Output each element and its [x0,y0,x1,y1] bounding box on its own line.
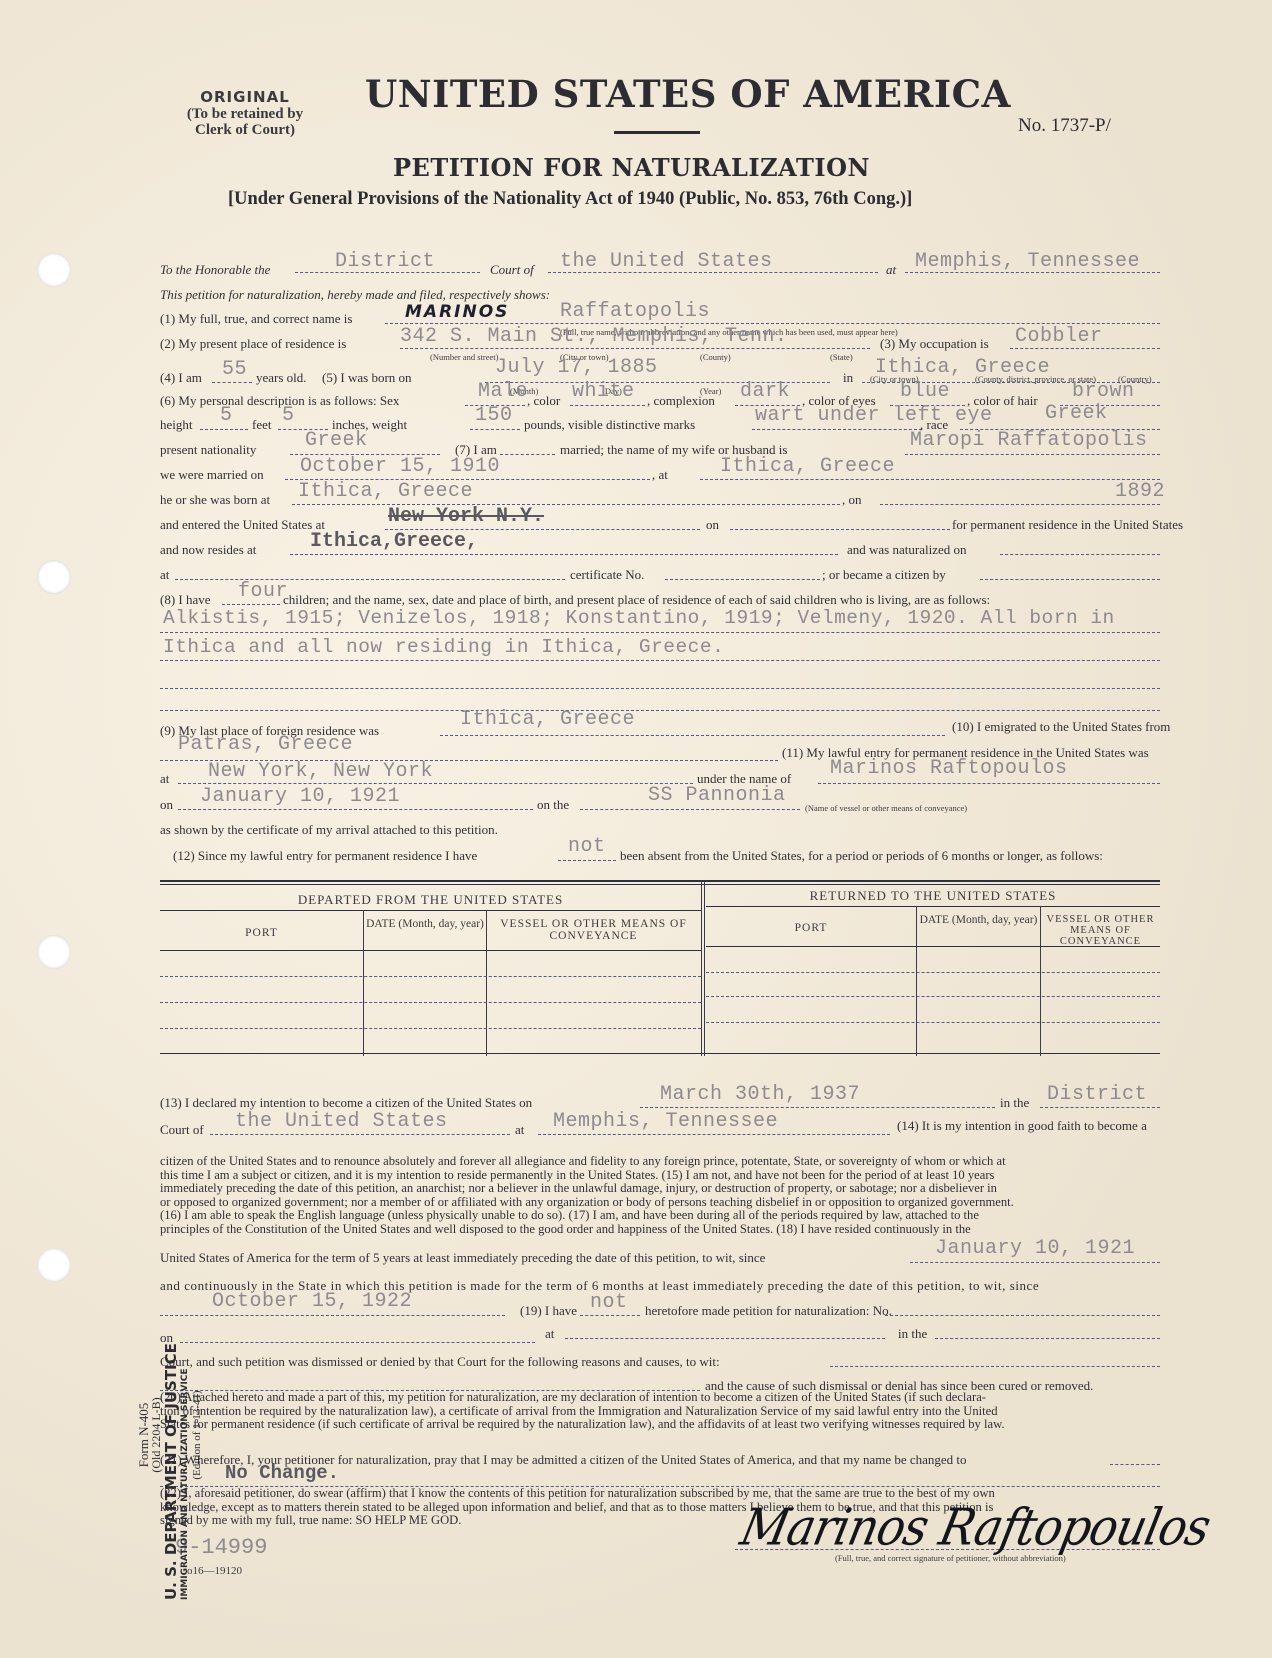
entered-suffix: for permanent residence in the United St… [952,517,1183,533]
q14-start: (14) It is my intention in good faith to… [897,1118,1147,1134]
nationality-label: present nationality [160,442,256,458]
eyes-field[interactable]: blue [900,380,950,403]
petitioner-signature: Marinos Raftopoulos [736,1497,1216,1556]
marriage-place-field[interactable]: Ithica, Greece [720,455,895,478]
spouse-on-label: , on [842,492,862,508]
last-foreign-residence-field[interactable]: Ithica, Greece [460,708,635,731]
resided-us-since-field[interactable]: January 10, 1921 [935,1237,1135,1260]
q12-text: been absent from the United States, for … [620,848,1103,864]
spouse-born-label: he or she was born at [160,492,270,508]
residence-field[interactable]: 342 S. Main St., Memphis, Tenn. [400,325,788,348]
height-inches-field[interactable]: 5 [282,404,295,427]
marriage-date-field[interactable]: October 15, 1910 [300,455,500,478]
retained-note: (To be retained by [160,106,330,122]
on-the-label: on the [537,797,569,813]
vessel-field[interactable]: SS Pannonia [648,784,786,807]
children-line-1[interactable]: Alkistis, 1915; Venizelos, 1918; Konstan… [163,607,1115,629]
service-name: IMMIGRATION AND NATURALIZATION SERVICE [180,1270,191,1600]
marks-field[interactable]: wart under left eye [755,404,993,427]
q19-text: heretofore made petition for naturalizat… [645,1303,892,1319]
declared-court-type-field[interactable]: District [1047,1083,1147,1106]
q2-label: (2) My present place of residence is [160,336,346,352]
full-name-first-field[interactable]: MARINOS [405,302,509,322]
punch-hole [37,560,71,594]
paragraph-line: tion of intention be required by the nat… [160,1405,1005,1419]
entry-date-field[interactable]: January 10, 1921 [200,785,400,808]
hair-field[interactable]: brown [1072,380,1135,403]
document-title: UNITED STATES OF AMERICA [365,72,1011,116]
to-honorable-label: To the Honorable the [160,262,270,278]
punch-hole [37,253,71,287]
court-of-label-2: Court of [160,1122,204,1138]
complexion-label: , complexion [647,393,715,409]
color-field[interactable]: white [572,380,635,403]
complexion-field[interactable]: dark [740,380,790,403]
court-type-field[interactable]: District [335,250,435,273]
age-field[interactable]: 55 [222,358,247,381]
color-label: , color [527,393,560,409]
full-name-last-field[interactable]: Raffatopolis [560,300,710,323]
married-at-label: , at [652,467,668,483]
title-rule [614,131,700,134]
name-change-field[interactable]: No Change. [225,1462,339,1484]
signature-hint: (Full, true, and correct signature of pe… [835,1553,1066,1563]
col-port-returned: PORT [706,922,916,934]
q13-label: (13) I declared my intention to become a… [160,1095,532,1111]
entry-place-field[interactable]: New York, New York [208,760,433,783]
col-port: PORT [160,927,363,939]
col-vessel: VESSEL OR OTHER MEANS OF CONVEYANCE [487,918,700,942]
entered-place-field[interactable]: New York N.Y. [388,505,544,528]
in-the-label: in the [1000,1095,1029,1111]
nationality-field[interactable]: Greek [305,429,368,452]
vessel-hint: (Name of vessel or other means of convey… [805,803,967,813]
certificate-label: certificate No. [570,567,644,583]
spouse-name-field[interactable]: Maropi Raffatopolis [910,429,1148,452]
at-label-2: at [160,567,169,583]
paragraph-line: (20) Attached hereto and made a part of … [160,1391,1005,1405]
weight-field[interactable]: 150 [475,404,513,427]
original-block: ORIGINAL (To be retained by Clerk of Cou… [160,88,330,138]
q6-label: (6) My personal description is as follow… [160,393,399,409]
declared-location-field[interactable]: Memphis, Tennessee [553,1110,778,1133]
declared-court-name-field[interactable]: the United States [235,1110,448,1133]
q4-label: (4) I am [160,370,202,386]
spouse-birthplace-field[interactable]: Ithica, Greece [298,480,473,503]
original-label: ORIGINAL [160,88,330,106]
col-date-returned: DATE (Month, day, year) [917,914,1040,926]
in-the-label-2: in the [898,1326,927,1342]
department-name: U. S. DEPARTMENT OF JUSTICE [163,1270,180,1600]
spouse-birth-year-field[interactable]: 1892 [1115,480,1165,503]
race-field[interactable]: Greek [1045,402,1108,425]
q1-label: (1) My full, true, and correct name is [160,311,352,327]
punch-hole [37,935,71,969]
court-name-field[interactable]: the United States [560,250,773,273]
paragraph-line: this time I am a subject or citizen, and… [160,1169,1014,1183]
petition-number: No. 1737-P/ [1018,115,1111,137]
col-date: DATE (Month, day, year) [364,918,486,930]
at-label-5: at [545,1326,554,1342]
q19-label: (19) I have [520,1303,577,1319]
paragraph-line: or opposed to organized government; nor … [160,1196,1014,1210]
petition-intro: This petition for naturalization, hereby… [160,287,550,303]
birth-in-label: in [843,370,853,386]
retained-note-2: Clerk of Court) [160,122,330,138]
entered-label: and entered the United States at [160,517,325,533]
entry-on-label: on [160,797,173,813]
edition-note: (Edition of 1-13-41) [191,1270,203,1600]
court-of-label: Court of [490,262,534,278]
prior-petition-field[interactable]: not [590,1291,628,1314]
q8-label: (8) I have [160,592,211,608]
form-identifier: Form N-405 (Old 2204 L-B) U. S. DEPARTME… [137,1270,203,1600]
sex-field[interactable]: Male [478,380,528,403]
q3-label: (3) My occupation is [880,336,989,352]
hint: (Number and street) [430,352,498,362]
q12-label: (12) Since my lawful entry for permanent… [173,848,477,864]
q20-paragraph: (20) Attached hereto and made a part of … [160,1391,1005,1432]
paragraph-line: States for permanent residence (if such … [160,1418,1005,1432]
q5-label: (5) I was born on [322,370,412,386]
naturalized-label: and was naturalized on [847,542,966,558]
paragraph-line: principles of the Constitution of the Un… [160,1223,1014,1237]
children-count-field[interactable]: four [238,580,288,603]
now-resides-label: and now resides at [160,542,256,558]
emigrated-from-field[interactable]: Patras, Greece [178,733,353,756]
absence-table: DEPARTED FROM THE UNITED STATES RETURNED… [160,880,1160,1056]
spouse-residence-field[interactable]: Ithica,Greece, [310,530,478,553]
provisions-note: [Under General Provisions of the Nationa… [228,189,912,210]
age-suffix: years old. [256,370,307,386]
court-dismissed-text: Court, and such petition was dismissed o… [160,1354,720,1370]
at-label-4: at [515,1122,524,1138]
paragraph-line: immediately preceding the date of this p… [160,1182,1014,1196]
at-label-3: at [160,771,169,787]
resided-state-since-field[interactable]: October 15, 1922 [212,1290,412,1313]
citizen-by-label: ; or became a citizen by [822,567,946,583]
punch-hole [37,1248,71,1282]
q8-text: children; and the name, sex, date and pl… [283,592,990,608]
hint: (County) [700,352,731,362]
petition-subtitle: PETITION FOR NATURALIZATION [393,153,870,182]
feet-label: feet [252,417,271,433]
occupation-field[interactable]: Cobbler [1015,325,1103,348]
departed-title: DEPARTED FROM THE UNITED STATES [160,892,701,908]
returned-title: RETURNED TO THE UNITED STATES [706,888,1160,904]
paragraph-line: (16) I am able to speak the English lang… [160,1209,1014,1223]
absent-field[interactable]: not [568,835,606,858]
children-line-2[interactable]: Ithica and all now residing in Ithica, G… [163,636,724,658]
birth-date-field[interactable]: July 17, 1885 [495,356,658,379]
height-feet-field[interactable]: 5 [220,404,233,427]
hint: (State) [830,352,853,362]
paragraph-line: citizen of the United States and to reno… [160,1155,1014,1169]
col-vessel-returned: VESSEL OR OTHER MEANS OF CONVEYANCE [1041,914,1160,947]
at-label: at [886,262,896,278]
court-location-field[interactable]: Memphis, Tennessee [915,250,1140,273]
q18-cont: United States of America for the term of… [160,1250,765,1266]
declared-date-field[interactable]: March 30th, 1937 [660,1083,860,1106]
pounds-label: pounds, visible distinctive marks [524,417,695,433]
height-label: height [160,417,193,433]
entered-on-label: on [706,517,719,533]
entry-name-field[interactable]: Marinos Raftopoulos [830,757,1068,780]
arrival-cert-text: as shown by the certificate of my arriva… [160,822,498,838]
married-on-label: we were married on [160,467,264,483]
oath-paragraph: citizen of the United States and to reno… [160,1155,1014,1236]
q10-label: (10) I emigrated to the United States fr… [952,719,1170,735]
